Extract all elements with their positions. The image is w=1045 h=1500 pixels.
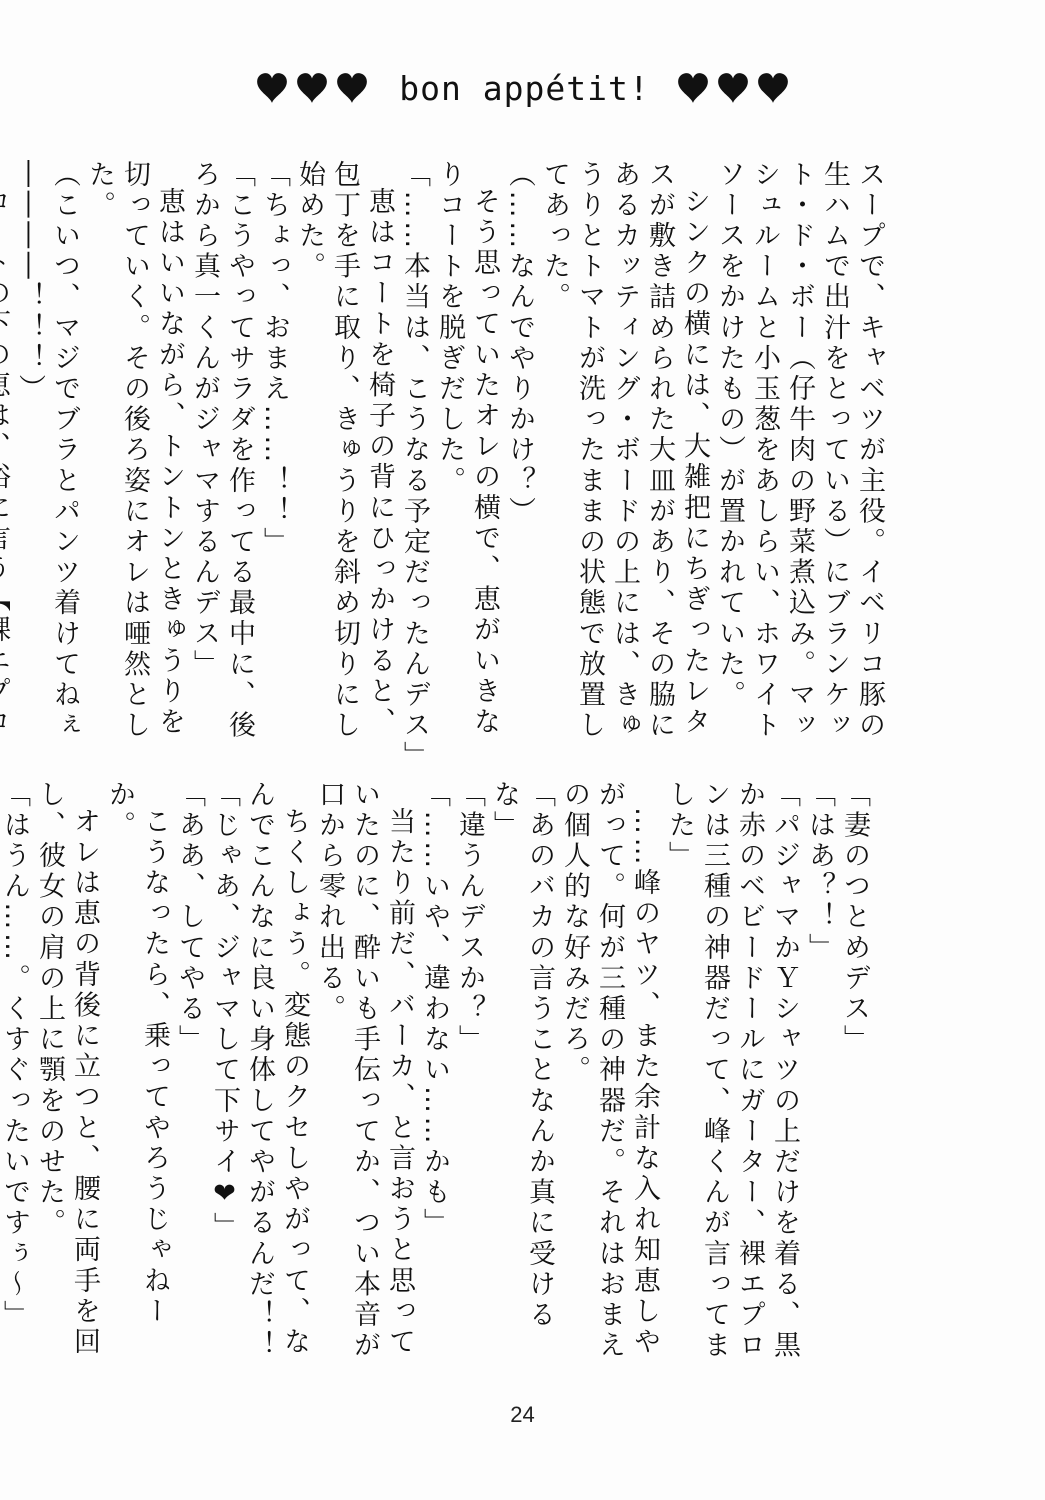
- heart-icon: [676, 71, 710, 105]
- heart-icon: [716, 71, 750, 105]
- left-hearts: [255, 71, 369, 105]
- paragraph: 「じゃあ、ジャマして下サイ❤」: [207, 780, 242, 1370]
- page-header: bon appétit!: [0, 58, 1045, 118]
- paragraph: 「あのバカの言うことなんか真に受けるな」: [487, 780, 557, 1370]
- paragraph: 「ああ、してやる」: [172, 780, 207, 1370]
- paragraph: そう思っていたオレの横で、恵がいきなりコートを脱ぎだした。: [432, 160, 502, 760]
- paragraph: （こいつ、マジでブラとパンツ着けてねぇ――――！！！）: [12, 160, 82, 760]
- paragraph: （……なんでやりかけ？）: [502, 160, 537, 760]
- paragraph: 「違うんデスか？」: [452, 780, 487, 1370]
- paragraph: オレは恵の背後に立つと、腰に両手を回し、彼女の肩の上に顎をのせた。: [32, 780, 102, 1370]
- page-title: bon appétit!: [399, 69, 649, 108]
- text-block-lower: 「妻のつとめデス」 「はあ？！」 「パジャマかＹシャツの上だけを着る、黒か赤のベ…: [172, 780, 872, 1370]
- paragraph: 「……本当は、こうなる予定だったんデス」: [397, 160, 432, 760]
- heart-icon: [255, 71, 289, 105]
- paragraph: ちくしょう。変態のクセしやがって、なんでこんなに良い身体してやがるんだ！！: [242, 780, 312, 1370]
- paragraph: 「はあ？！」: [802, 780, 837, 1370]
- text-block-upper: スープで、キャベツが主役。イベリコ豚の生ハムで出汁をとっている）にブランケット・…: [147, 160, 887, 760]
- paragraph: スープで、キャベツが主役。イベリコ豚の生ハムで出汁をとっている）にブランケット・…: [712, 160, 887, 760]
- paragraph: 当たり前だ、バーカ、と言おうと思っていたのに、酔いも手伝ってか、つい本音が口から…: [312, 780, 417, 1370]
- right-hearts: [676, 71, 790, 105]
- document-page: bon appétit! スープで、キャベツが主役。イベリコ豚の生ハムで出汁をと…: [0, 0, 1045, 1500]
- paragraph: 「……いや、違わない……かも」: [417, 780, 452, 1370]
- heart-icon: [335, 71, 369, 105]
- paragraph: シンクの横には、大雑把にちぎったレタスが敷き詰められた大皿があり、その脇にあるカ…: [537, 160, 712, 760]
- paragraph: 恵はいいながら、トントンときゅうりを切っていく。その後ろ姿にオレは唖然とした。: [82, 160, 187, 760]
- paragraph: 「パジャマかＹシャツの上だけを着る、黒か赤のベビードールにガーター、裸エプロンは…: [662, 780, 802, 1370]
- heart-icon: [295, 71, 329, 105]
- heart-icon: [756, 71, 790, 105]
- paragraph: 「こうやってサラダを作ってる最中に、後ろから真一くんがジャマするんデス」: [187, 160, 257, 760]
- paragraph: 「妻のつとめデス」: [837, 780, 872, 1370]
- paragraph: 「ちょっ、おまえ……！！」: [257, 160, 292, 760]
- paragraph: 「はうん……。くすぐったいですぅ～」: [0, 780, 32, 1370]
- paragraph: 恵はコートを椅子の背にひっかけると、包丁を手に取り、きゅうりを斜め切りにし始めた…: [292, 160, 397, 760]
- paragraph: コートの下の恵は、俗に言う【裸エプロン】姿だったのだ。: [0, 160, 12, 760]
- page-number: 24: [0, 1402, 1045, 1428]
- paragraph: ……峰のヤツ、また余計な入れ知恵しやがって。何が三種の神器だ。それはおまえの個人…: [557, 780, 662, 1370]
- paragraph: こうなったら、乗ってやろうじゃねーか。: [102, 780, 172, 1370]
